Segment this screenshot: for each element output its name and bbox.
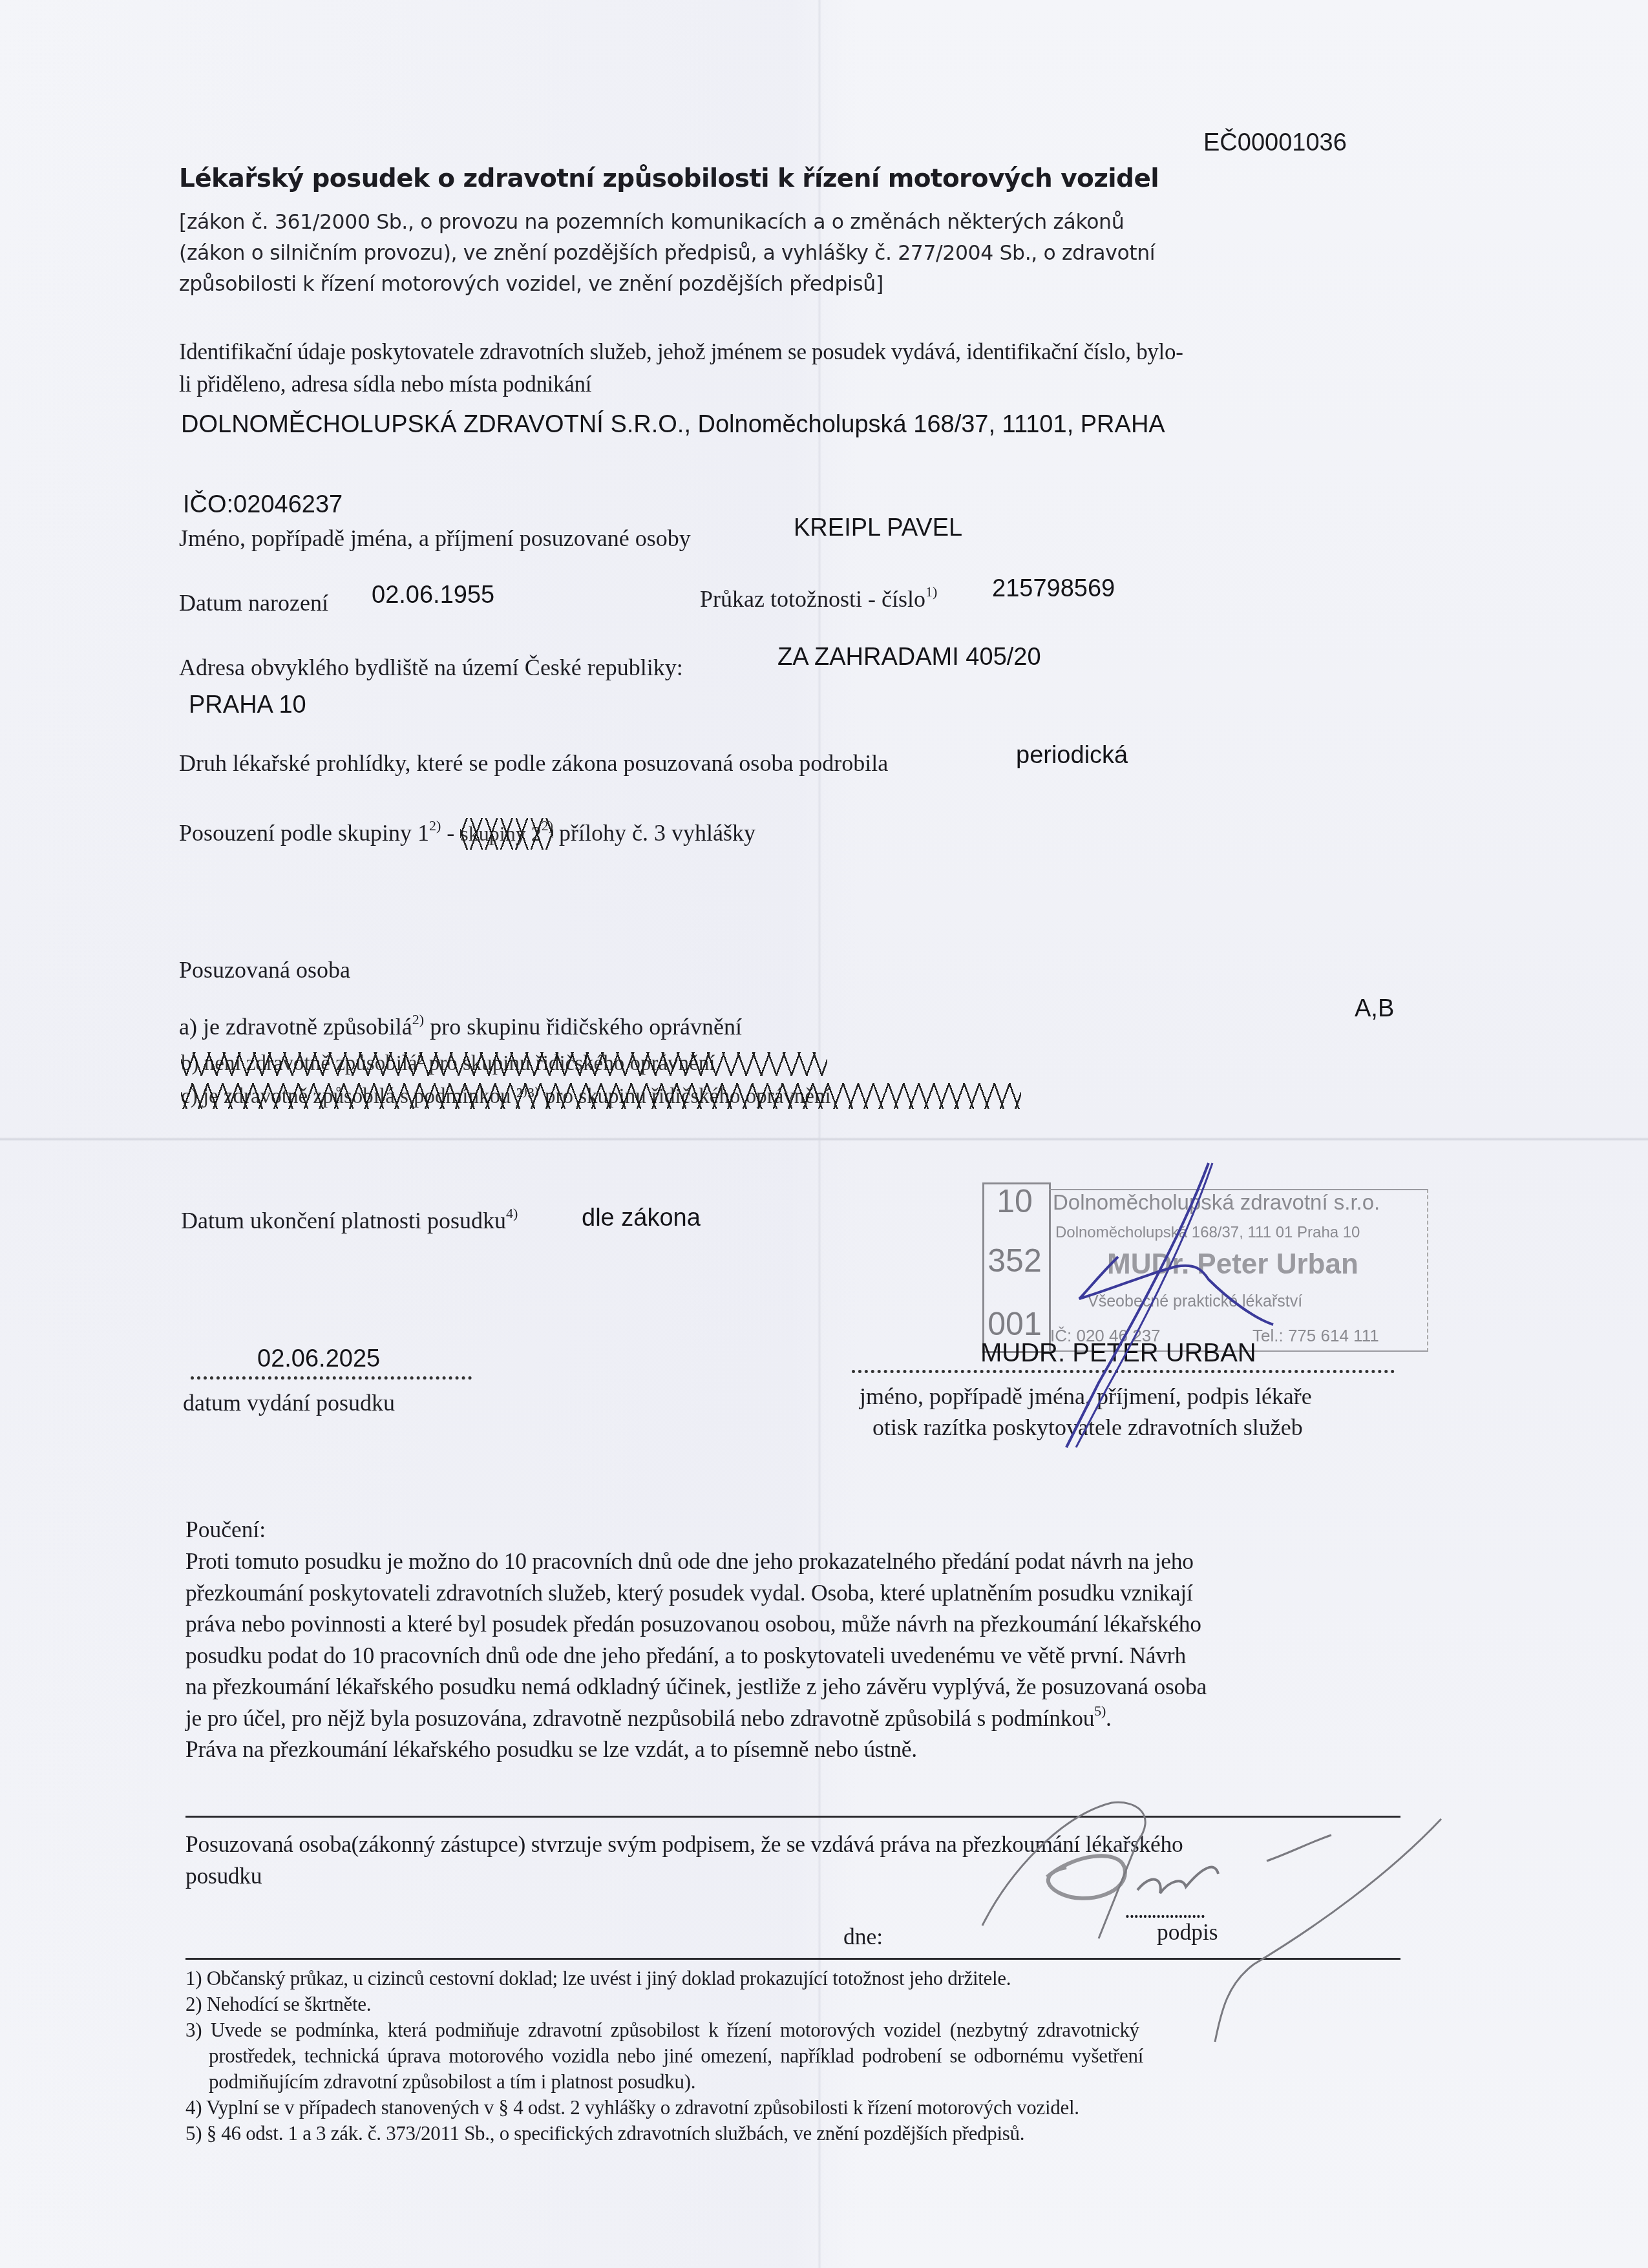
waiver-date-label: dne: [843, 1921, 883, 1953]
stamp-code: 10 [982, 1182, 1047, 1220]
group-label-post: přílohy č. 3 vyhlášky [553, 820, 755, 846]
doctor-name: MUDR. PETER URBAN [980, 1339, 1256, 1368]
waiver-line: Posuzovaná osoba(zákonný zástupce) stvrz… [185, 1829, 1183, 1860]
divider [185, 1816, 1400, 1818]
footnote-ref: 2) [429, 817, 441, 834]
doctor-dotted-line [852, 1370, 1395, 1373]
instruction-line: Práva na přezkoumání lékařského posudku … [185, 1734, 1207, 1765]
footnote: podmiňujícím zdravotní způsobilost a tím… [185, 2069, 1143, 2095]
instruction-line: přezkoumání poskytovateli zdravotních sl… [185, 1577, 1207, 1609]
address-line1: ZA ZAHRADAMI 405/20 [777, 644, 1041, 671]
footnote-ref: 2) [412, 1011, 424, 1027]
instruction-line: práva nebo povinnosti a které byl posude… [185, 1608, 1207, 1640]
issue-date-dotted-line [191, 1376, 472, 1380]
id-card-value: 215798569 [992, 575, 1115, 603]
footnote-ref: 2) [542, 817, 553, 834]
group-assessment: Posouzení podle skupiny 12) - skupiny 22… [179, 819, 755, 846]
issue-date-label: datum vydání posudku [183, 1389, 395, 1416]
group-label: Posouzení podle skupiny 1 [179, 820, 429, 846]
stamp-code: 352 [982, 1242, 1047, 1279]
footnote: 3) Uvede se podmínka, která podmiňuje zd… [185, 2017, 1143, 2043]
document-title: Lékařský posudek o zdravotní způsobilost… [179, 164, 1159, 193]
option-a: a) je zdravotně způsobilá2) pro skupinu … [179, 1013, 742, 1040]
period: . [1106, 1705, 1112, 1731]
legal-basis-line: způsobilosti k řízení motorových vozidel… [179, 269, 1155, 300]
person-name-label: Jméno, popřípadě jména, a příjmení posuz… [179, 525, 691, 552]
legal-basis-line: [zákon č. 361/2000 Sb., o provozu na poz… [179, 207, 1155, 238]
person-name-value: KREIPL PAVEL [794, 514, 962, 542]
instruction-line: posudku podat do 10 pracovních dnů ode d… [185, 1640, 1207, 1672]
id-card-label: Průkaz totožnosti - číslo1) [700, 585, 937, 613]
struck-text: c) je zdravotně způsobilá s podmínkou ²⁾… [181, 1083, 1021, 1109]
struck-group-2: skupiny 22) [460, 822, 553, 846]
waiver-sign-label: podpis [1157, 1916, 1218, 1948]
footnote-ref: 4) [506, 1205, 518, 1221]
option-a-text-post: pro skupinu řidičského oprávnění [424, 1014, 742, 1040]
birth-date-value: 02.06.1955 [372, 582, 494, 609]
license-groups-value: A,B [1355, 995, 1394, 1023]
issue-date-value: 02.06.2025 [257, 1345, 380, 1373]
instruction-line: Proti tomuto posudku je možno do 10 prac… [185, 1546, 1207, 1577]
footnote: 5) § 46 odst. 1 a 3 zák. č. 373/2011 Sb.… [185, 2121, 1143, 2147]
footnotes: 1) Občanský průkaz, u cizinců cestovní d… [185, 1966, 1143, 2147]
form-id: EČ00001036 [1203, 129, 1347, 157]
divider [185, 1958, 1400, 1960]
option-c-struck: c) je zdravotně způsobilá s podmínkou ²⁾… [181, 1083, 1021, 1115]
struck-text: b) není zdravotně způsobilá² pro skupinu… [181, 1052, 827, 1076]
instruction-body: Proti tomuto posudku je možno do 10 prac… [185, 1546, 1207, 1765]
stamp-details: Dolnoměcholupská zdravotní s.r.o. Dolnom… [1049, 1189, 1428, 1352]
scanned-page: EČ00001036 Lékařský posudek o zdravotní … [0, 0, 1648, 2268]
provider-stamp: 10 352 001 Dolnoměcholupská zdravotní s.… [982, 1182, 1428, 1352]
waiver-line: posudku [185, 1860, 1183, 1892]
stamp-company: Dolnoměcholupská zdravotní s.r.o. [1053, 1190, 1380, 1215]
exam-type-label: Druh lékařské prohlídky, které se podle … [179, 750, 888, 777]
validity-label: Datum ukončení platnosti posudku4) [181, 1207, 518, 1234]
id-card-label-text: Průkaz totožnosti - číslo [700, 586, 925, 612]
provider-ico: IČO:02046237 [183, 491, 343, 519]
legal-basis: [zákon č. 361/2000 Sb., o provozu na poz… [179, 207, 1155, 300]
stamp-address: Dolnoměcholupská 168/37, 111 01 Praha 10 [1055, 1224, 1360, 1242]
footnote-ref: 5) [1094, 1703, 1106, 1719]
result-heading: Posuzovaná osoba [179, 956, 350, 983]
footnote: 4) Vyplní se v případech stanovených v §… [185, 2095, 1143, 2121]
address-line2: PRAHA 10 [189, 691, 306, 719]
birth-date-label: Datum narození [179, 589, 328, 616]
provider-label-line: Identifikační údaje poskytovatele zdravo… [179, 336, 1183, 368]
stamp-code: 001 [982, 1305, 1047, 1343]
stamp-specialty: Všeobecné praktické lékařství [1088, 1292, 1302, 1311]
waiver-text: Posuzovaná osoba(zákonný zástupce) stvrz… [185, 1829, 1183, 1891]
legal-basis-line: (zákon o silničním provozu), ve znění po… [179, 238, 1155, 269]
paper-fold-horizontal [0, 1137, 1648, 1141]
provider-value: DOLNOMĚCHOLUPSKÁ ZDRAVOTNÍ S.R.O., Dolno… [181, 411, 1165, 439]
option-b-struck: b) není zdravotně způsobilá² pro skupinu… [181, 1052, 827, 1082]
instruction-heading: Poučení: [185, 1514, 266, 1546]
validity-label-text: Datum ukončení platnosti posudku [181, 1208, 506, 1234]
footnote: 1) Občanský průkaz, u cizinců cestovní d… [185, 1966, 1143, 1991]
instruction-line: je pro účel, pro nějž byla posuzována, z… [185, 1703, 1207, 1734]
stamp-doctor: MUDr. Peter Urban [1107, 1248, 1358, 1281]
validity-value: dle zákona [582, 1204, 701, 1232]
footnote: prostředek, technická úprava motorového … [185, 2043, 1143, 2069]
address-label: Adresa obvyklého bydliště na území České… [179, 654, 683, 681]
provider-label-line: li přiděleno, adresa sídla nebo místa po… [179, 368, 1183, 401]
footnote: 2) Nehodící se škrtněte. [185, 1991, 1143, 2017]
exam-type-value: periodická [1016, 742, 1128, 770]
stamp-tel: Tel.: 775 614 111 [1252, 1326, 1379, 1346]
instruction-line: na přezkoumání lékařského posudku nemá o… [185, 1671, 1207, 1703]
dash: - [441, 820, 460, 846]
footnote-ref: 1) [925, 583, 937, 600]
doctor-label-line2: otisk razítka poskytovatele zdravotních … [872, 1414, 1303, 1441]
instruction-line-text: je pro účel, pro nějž byla posuzována, z… [185, 1705, 1094, 1731]
provider-label: Identifikační údaje poskytovatele zdravo… [179, 336, 1183, 401]
option-a-text: a) je zdravotně způsobilá [179, 1014, 412, 1040]
doctor-label-line1: jméno, popřípadě jména, příjmení, podpis… [860, 1383, 1312, 1410]
struck-text: skupiny 2 [460, 822, 541, 845]
